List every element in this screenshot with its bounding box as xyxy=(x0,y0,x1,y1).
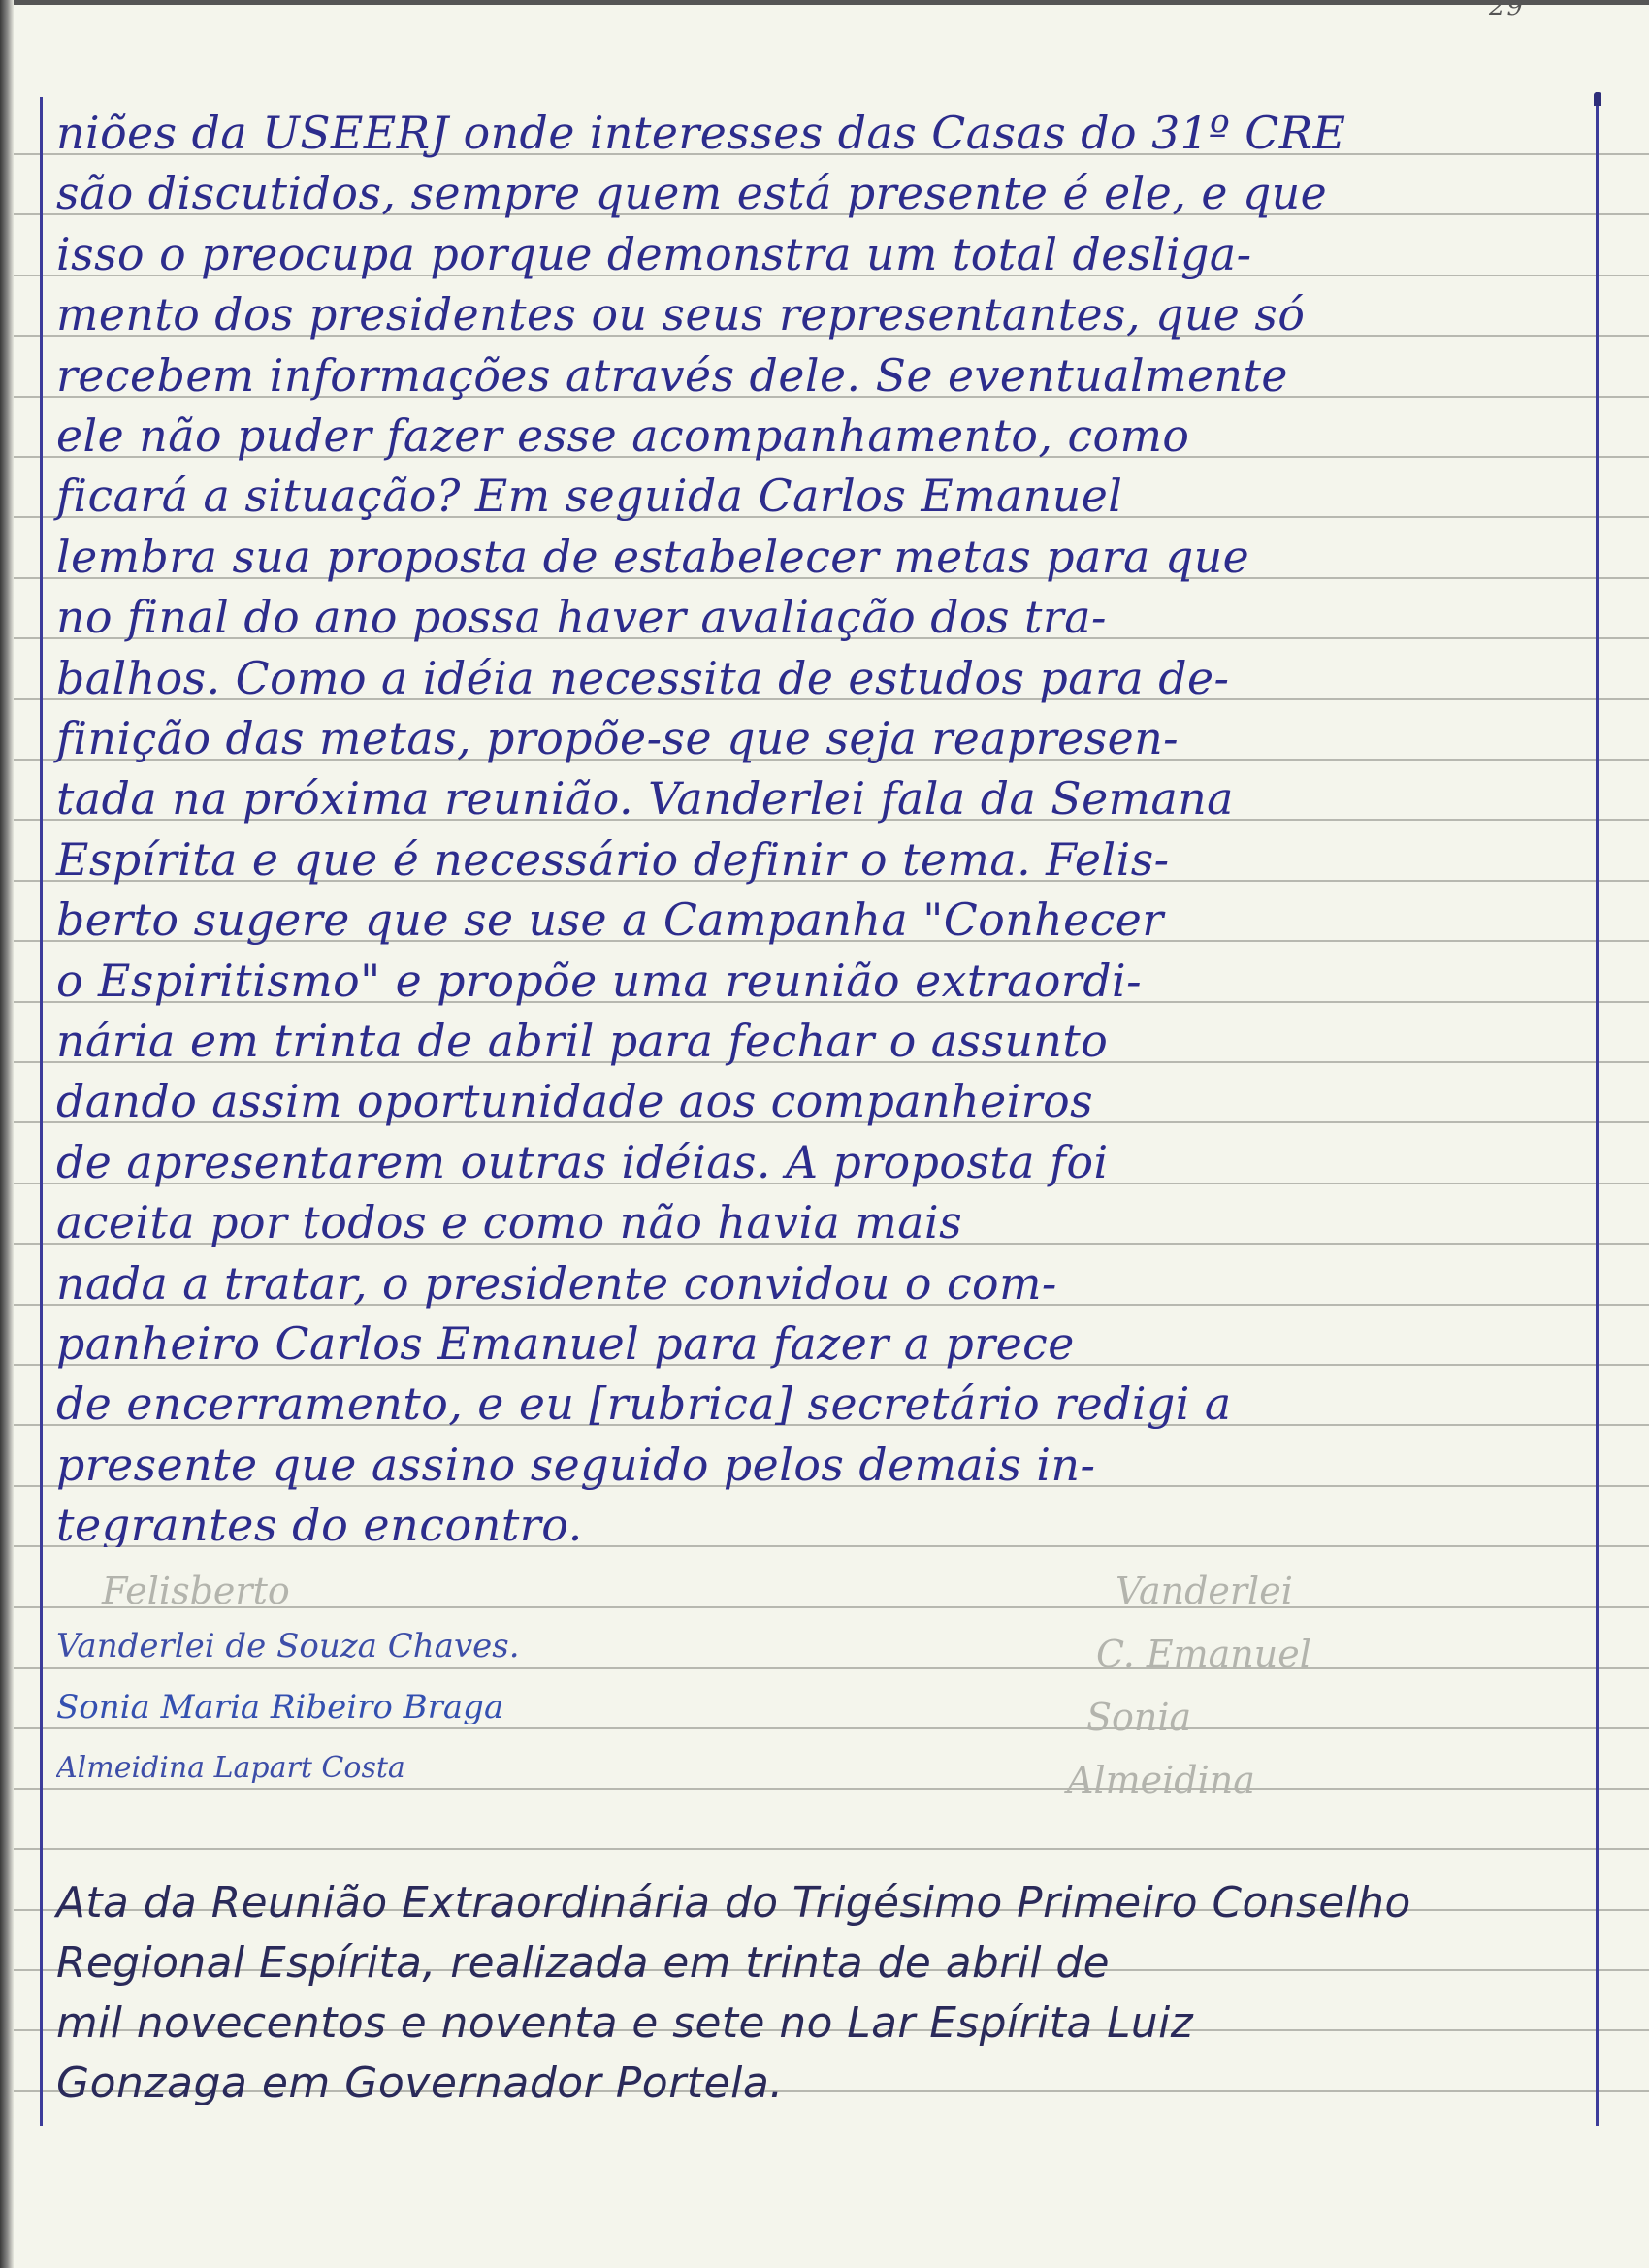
body-line: balhos. Como a idéia necessita de estudo… xyxy=(56,656,1584,700)
body-line: finição das metas, propõe-se que seja re… xyxy=(56,716,1584,761)
body-line: presente que assino seguido pelos demais… xyxy=(56,1442,1584,1487)
body-line: mento dos presidentes ou seus representa… xyxy=(56,292,1584,337)
right-margin-line xyxy=(1596,92,1599,2126)
body-line: nária em trinta de abril para fechar o a… xyxy=(56,1019,1584,1063)
pencil-signature: Vanderlei xyxy=(1115,1570,1293,1612)
body-line: nada a tratar, o presidente convidou o c… xyxy=(56,1261,1584,1306)
body-line: lembra sua proposta de estabelecer metas… xyxy=(56,535,1584,579)
header-line: Gonzaga em Governador Portela. xyxy=(56,2062,1594,2105)
body-line: o Espiritismo" e propõe uma reunião extr… xyxy=(56,958,1584,1003)
ruled-line xyxy=(14,1667,1649,1669)
body-line: tada na próxima reunião. Vanderlei fala … xyxy=(56,776,1584,821)
body-line: recebem informações através dele. Se eve… xyxy=(56,353,1584,398)
header-line: mil novecentos e noventa e sete no Lar E… xyxy=(56,2002,1584,2045)
signature: Vanderlei de Souza Chaves. xyxy=(56,1630,1594,1663)
body-line: dando assim oportunidade aos companheiro… xyxy=(56,1079,1584,1123)
page-binding-shadow xyxy=(0,0,14,2268)
ruled-line xyxy=(14,1848,1649,1850)
body-line: Espírita e que é necessário definir o te… xyxy=(56,837,1584,882)
body-line: ficará a situação? Em seguida Carlos Ema… xyxy=(56,473,1584,518)
body-line: de encerramento, e eu [rubrica] secretár… xyxy=(56,1381,1584,1426)
signature: Sonia Maria Ribeiro Braga xyxy=(56,1691,1594,1724)
body-line: de apresentarem outras idéias. A propost… xyxy=(56,1140,1584,1184)
page-number: 29 xyxy=(1489,0,1525,21)
body-line: tegrantes do encontro. xyxy=(56,1503,1594,1547)
ruled-line xyxy=(14,1788,1649,1790)
body-line: niões da USEERJ onde interesses das Casa… xyxy=(56,111,1584,155)
signature: Almeidina Lapart Costa xyxy=(56,1754,1594,1783)
header-line: Regional Espírita, realizada em trinta d… xyxy=(56,1942,1584,1985)
right-margin-ink-blot xyxy=(1594,92,1601,106)
body-line: no final do ano possa haver avaliação do… xyxy=(56,595,1584,639)
header-line: Ata da Reunião Extraordinária do Trigési… xyxy=(56,1882,1584,1925)
body-line: aceita por todos e como não havia mais xyxy=(56,1200,1584,1245)
body-line: isso o preocupa porque demonstra um tota… xyxy=(56,232,1584,276)
ruled-line xyxy=(14,1727,1649,1729)
body-line: panheiro Carlos Emanuel para fazer a pre… xyxy=(56,1321,1584,1366)
body-line: ele não puder fazer esse acompanhamento,… xyxy=(56,413,1584,458)
body-line: são discutidos, sempre quem está present… xyxy=(56,171,1584,215)
left-margin-line xyxy=(40,97,43,2126)
page-top-edge xyxy=(0,0,1649,5)
body-line: berto sugere que se use a Campanha "Conh… xyxy=(56,897,1584,942)
pencil-signature: Felisberto xyxy=(102,1570,290,1612)
